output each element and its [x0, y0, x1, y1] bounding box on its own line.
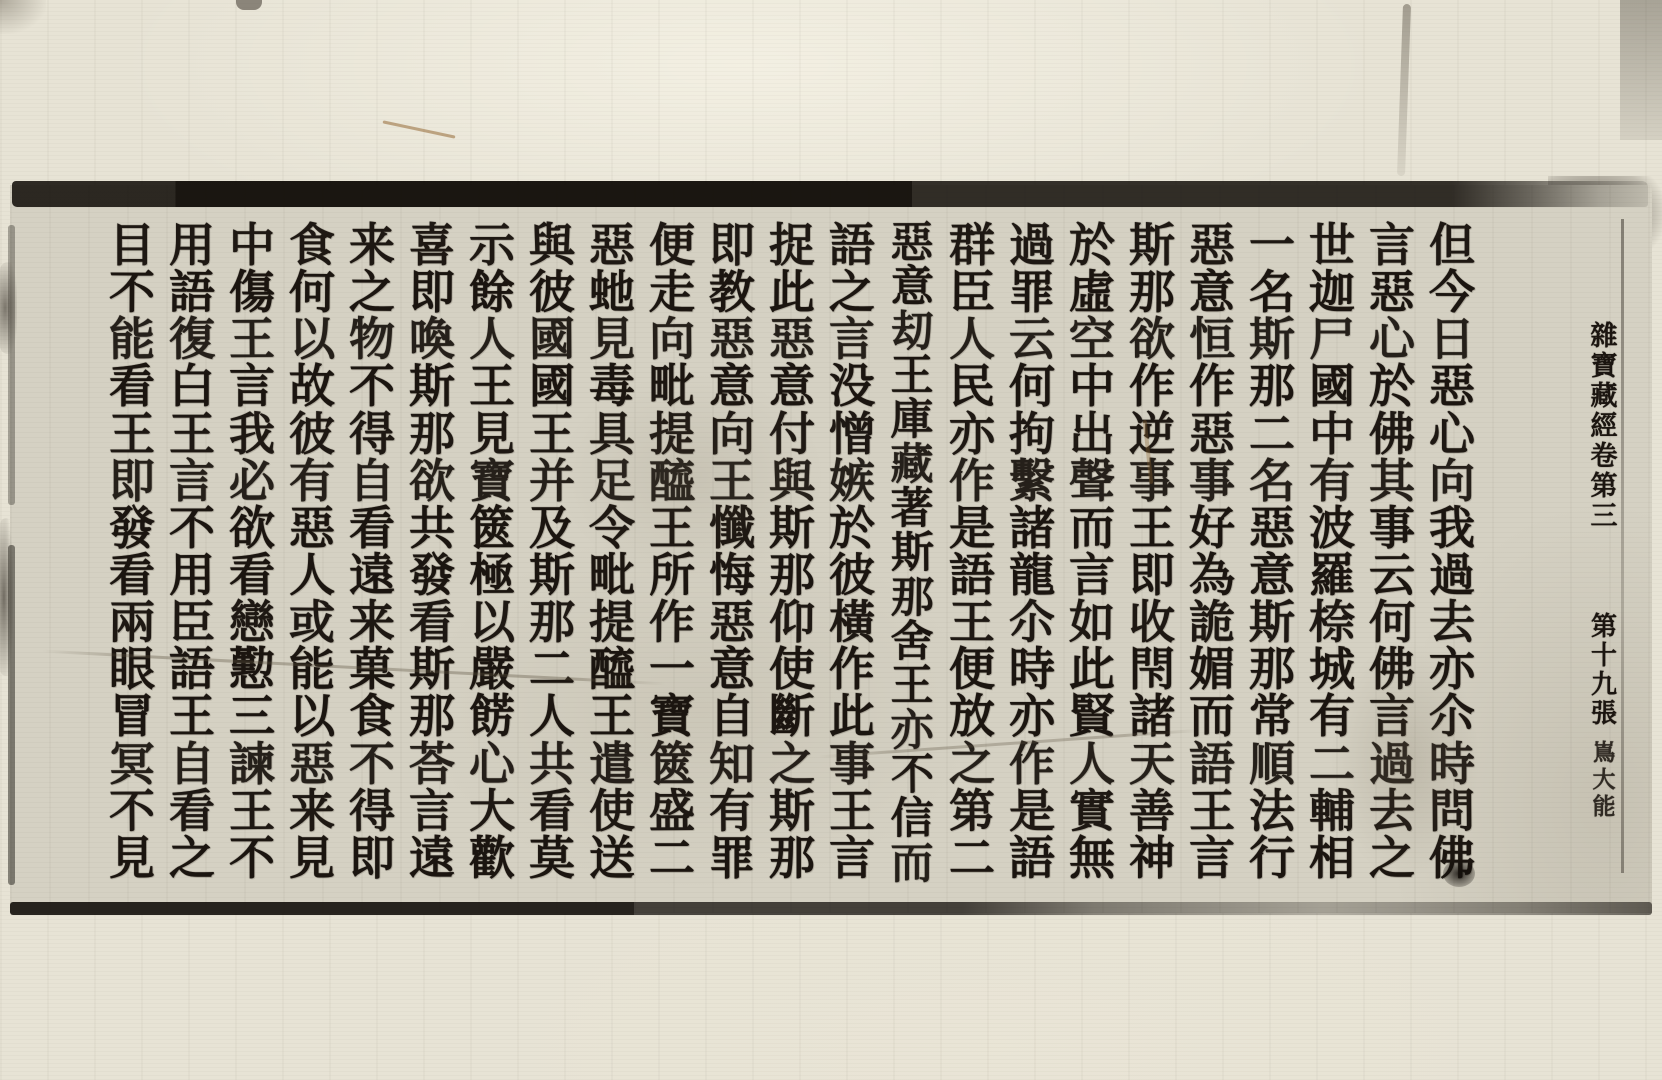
- title-column: 雜寶藏經卷第三 第十九張 嶌大能: [1570, 215, 1638, 898]
- ink-smudge: [0, 0, 46, 34]
- text-column: 於虛空中出聲而言如此賢人實無: [1062, 215, 1122, 898]
- text-column: 斯那欲作逆事王即收閇諸天善神: [1122, 215, 1182, 898]
- text-columns: 雜寶藏經卷第三 第十九張 嶌大能 但今日惡心向我過去亦尒時問佛 言惡心於佛其事云…: [20, 215, 1638, 898]
- text-column: 惡意恒作惡事好為詭媚而語王言: [1182, 215, 1242, 898]
- text-column: 用語復白王言不用臣語王自看之: [162, 215, 222, 898]
- ink-smudge: [236, 0, 262, 10]
- scanned-sutra-page: { "sutra": { "title": "雜寶藏經卷第三", "sheet_…: [0, 0, 1662, 1080]
- frame-border-top: [12, 181, 1648, 207]
- text-column: 語之言没憎嫉於彼橫作此事王言: [822, 215, 882, 898]
- text-column: 中傷王言我必欲看戀懃三諫王不: [222, 215, 282, 898]
- text-column: 一名斯那二名惡意斯那常順法行: [1242, 215, 1302, 898]
- text-column: 群臣人民亦作是語王便放之第二: [942, 215, 1002, 898]
- text-column: 喜即喚斯那欲共發看斯那荅言遠: [402, 215, 462, 898]
- frame-border-left: [8, 225, 15, 505]
- ink-smudge: [1620, 0, 1662, 140]
- text-column: 惡虵見毒具足令毗提醯王遣使送: [582, 215, 642, 898]
- text-column: 便走向毗提醯王所作一寶篋盛二: [642, 215, 702, 898]
- text-column: 示餘人王見寶篋極以嚴餝心大歡: [462, 215, 522, 898]
- text-column: 但今日惡心向我過去亦尒時問佛: [1422, 215, 1482, 898]
- carver-mark: 嶌大能: [1593, 741, 1616, 818]
- paper-fiber: [382, 120, 455, 138]
- frame-border-bottom: [10, 902, 1652, 915]
- text-column: 過罪云何拘繫諸龍尒時亦作是語: [1002, 215, 1062, 898]
- text-column: 惡意刧王庫藏著斯那舍王亦不信而: [882, 215, 942, 898]
- text-column: 言惡心於佛其事云何佛言過去之: [1362, 215, 1422, 898]
- text-column: 世迦尸國中有波羅㮈城有二輔相: [1302, 215, 1362, 898]
- text-column: 即教惡意向王懺悔惡意自知有罪: [702, 215, 762, 898]
- scroll-title: 雜寶藏經卷第三: [1591, 323, 1618, 530]
- ink-smudge: [1397, 4, 1411, 176]
- text-column: 目不能看王即發看兩眼冒冥不見: [102, 215, 162, 898]
- text-column: 捉此惡意付與斯那仰使斷之斯那: [762, 215, 822, 898]
- text-column: 来之物不得自看遠来菓食不得即: [342, 215, 402, 898]
- frame-border-left: [8, 545, 15, 885]
- sheet-number: 第十九張: [1591, 614, 1617, 727]
- text-column: 食何以故彼有惡人或能以惡来見: [282, 215, 342, 898]
- print-frame: 雜寶藏經卷第三 第十九張 嶌大能 但今日惡心向我過去亦尒時問佛 言惡心於佛其事云…: [10, 185, 1652, 913]
- text-column: 與彼國國王并及斯那二人共看莫: [522, 215, 582, 898]
